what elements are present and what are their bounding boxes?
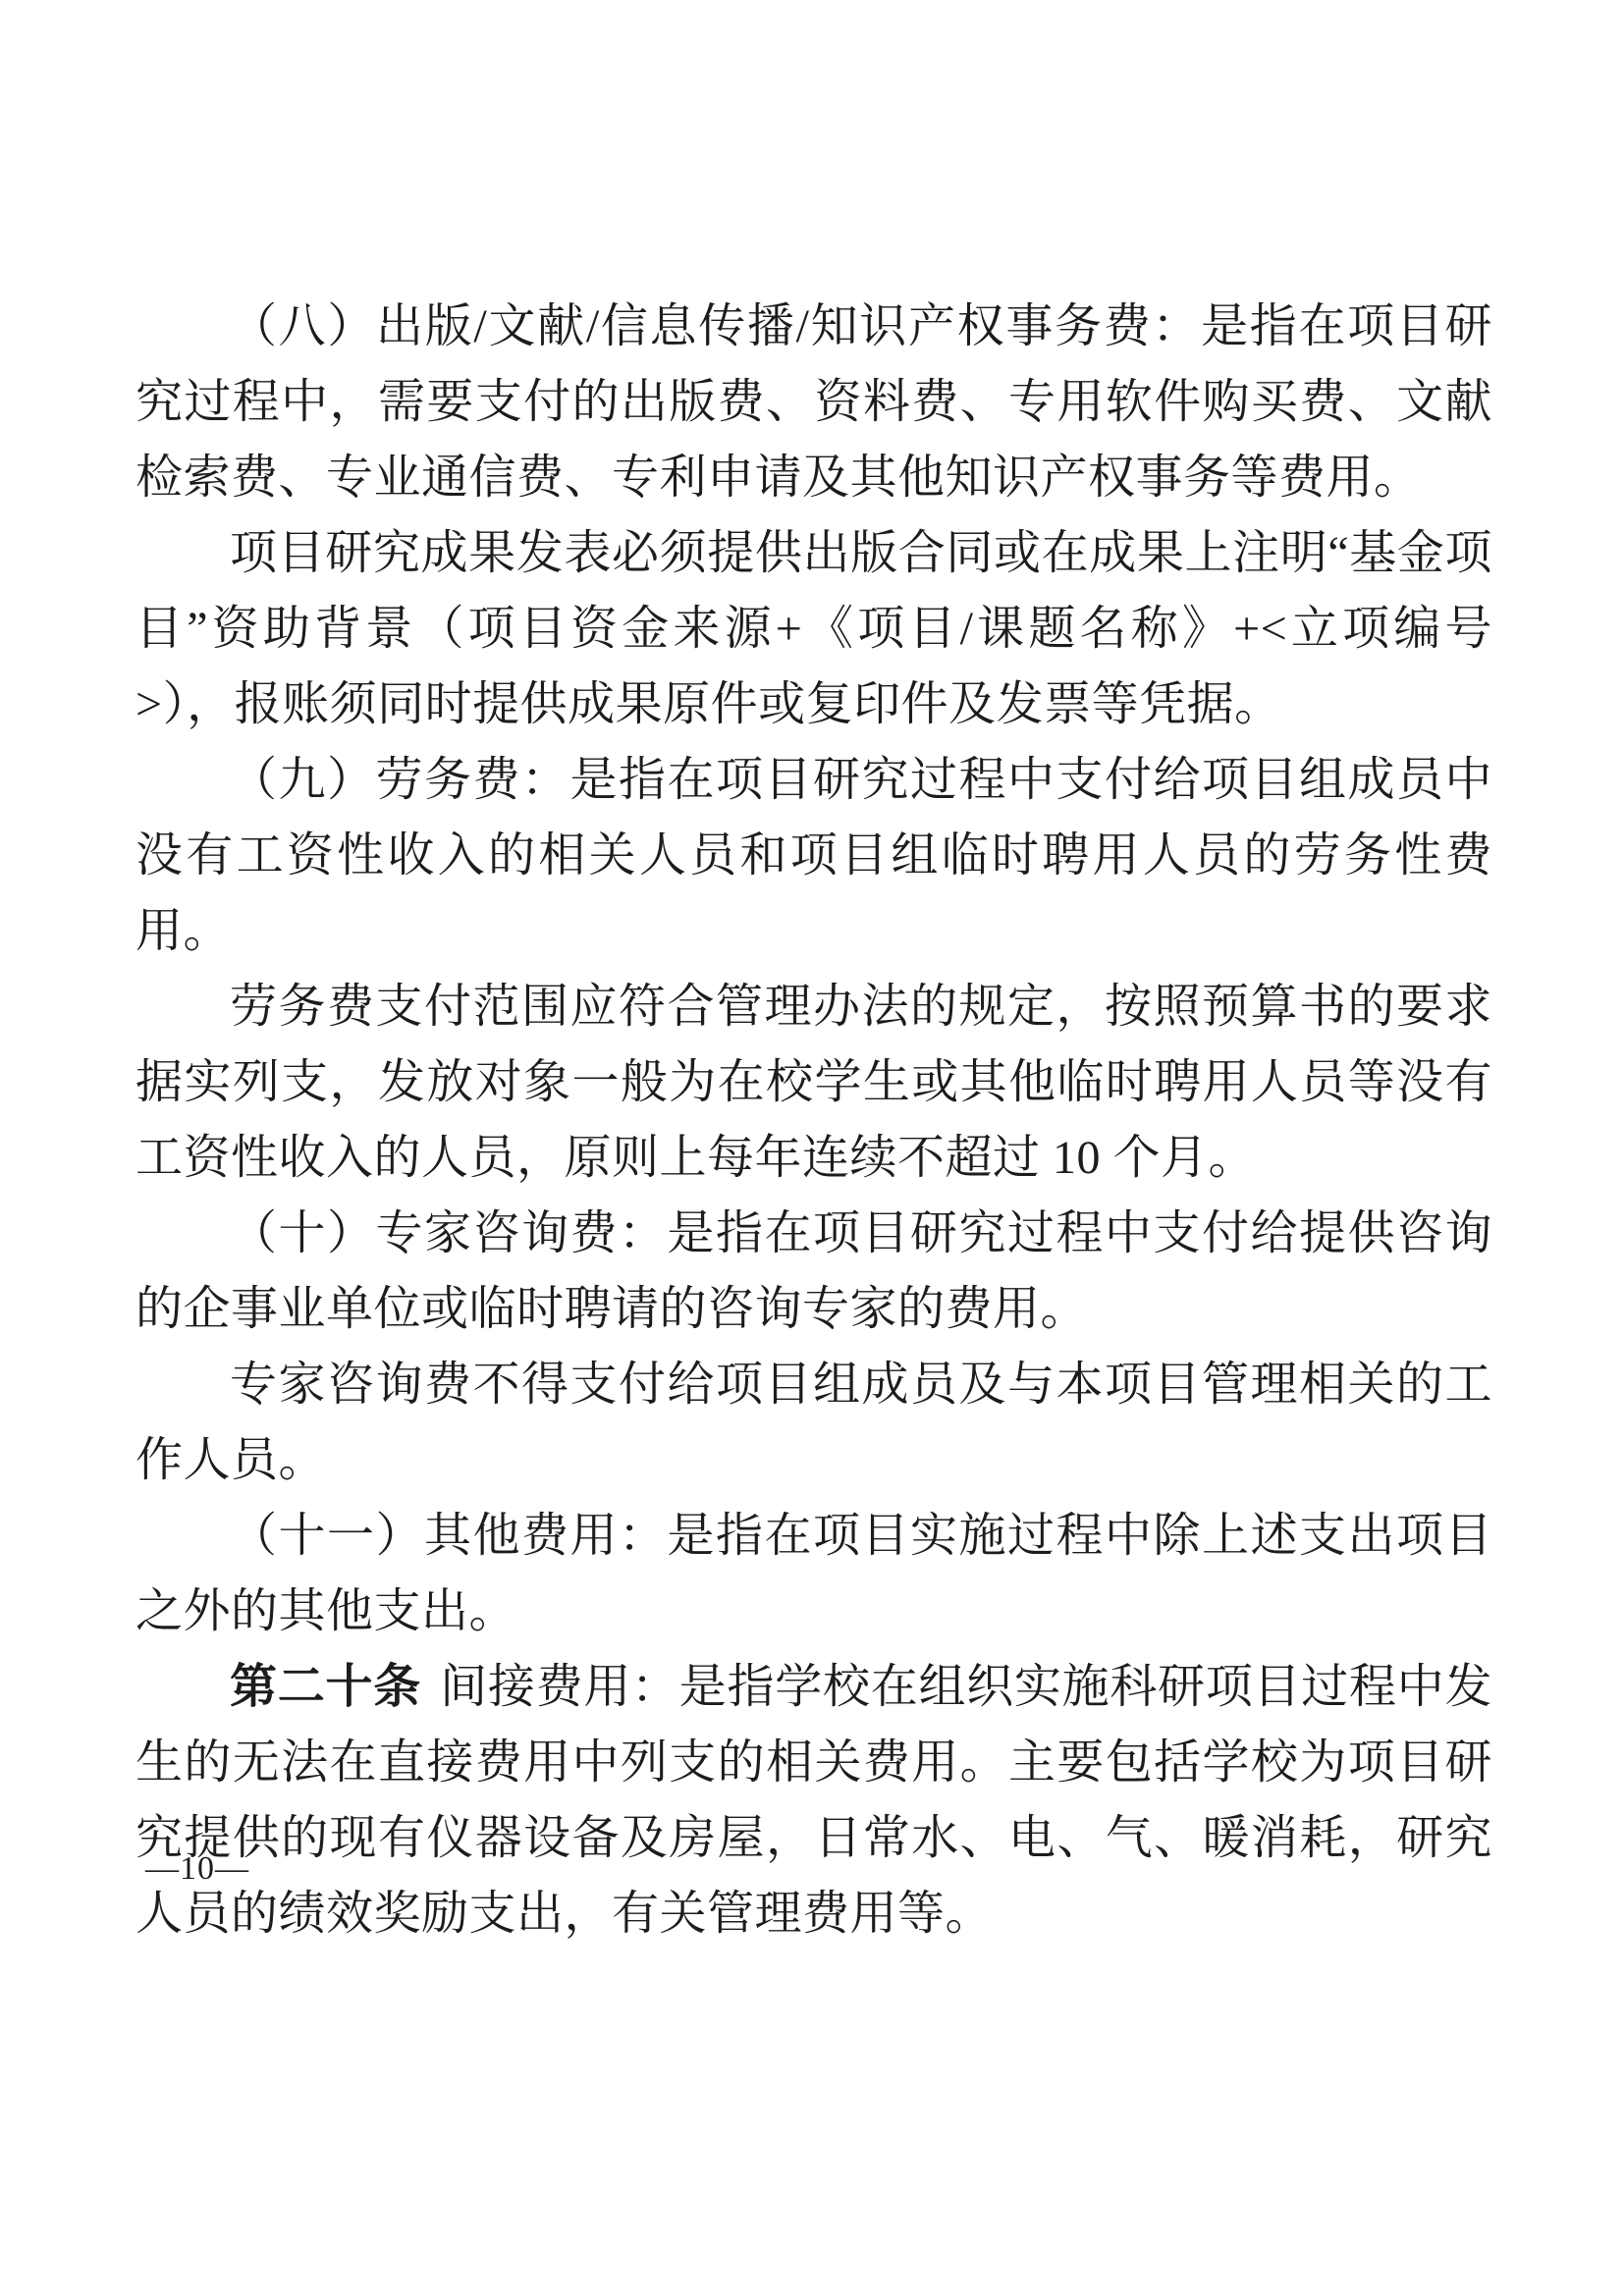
paragraph-labor-scope: 劳务费支付范围应符合管理办法的规定，按照预算书的要求据实列支，发放对象一般为在校… [135, 969, 1492, 1196]
paragraph-consulting-restriction: 专家咨询费不得支付给项目组成员及与本项目管理相关的工作人员。 [135, 1347, 1492, 1498]
paragraph-article-20: 第二十条间接费用：是指学校在组织实施科研项目过程中发生的无法在直接费用中列支的相… [135, 1649, 1492, 1951]
paragraph-expense-consulting: （十）专家咨询费：是指在项目研究过程中支付给提供咨询的企事业单位或临时聘请的咨询… [135, 1196, 1492, 1347]
article-20-number: 第二十条 [230, 1661, 421, 1713]
paragraph-expense-other: （十一）其他费用：是指在项目实施过程中除上述支出项目之外的其他支出。 [135, 1498, 1492, 1649]
document-body: （八）出版/文献/信息传播/知识产权事务费：是指在项目研究过程中，需要支付的出版… [135, 289, 1492, 1951]
page-number: —10— [145, 1849, 249, 1889]
paragraph-expense-labor: （九）劳务费：是指在项目研究过程中支付给项目组成员中没有工资性收入的相关人员和项… [135, 742, 1492, 969]
document-page: （八）出版/文献/信息传播/知识产权事务费：是指在项目研究过程中，需要支付的出版… [0, 0, 1624, 2296]
paragraph-expense-publication: （八）出版/文献/信息传播/知识产权事务费：是指在项目研究过程中，需要支付的出版… [135, 289, 1492, 515]
paragraph-publication-requirements: 项目研究成果发表必须提供出版合同或在成果上注明“基金项目”资助背景（项目资金来源… [135, 515, 1492, 742]
